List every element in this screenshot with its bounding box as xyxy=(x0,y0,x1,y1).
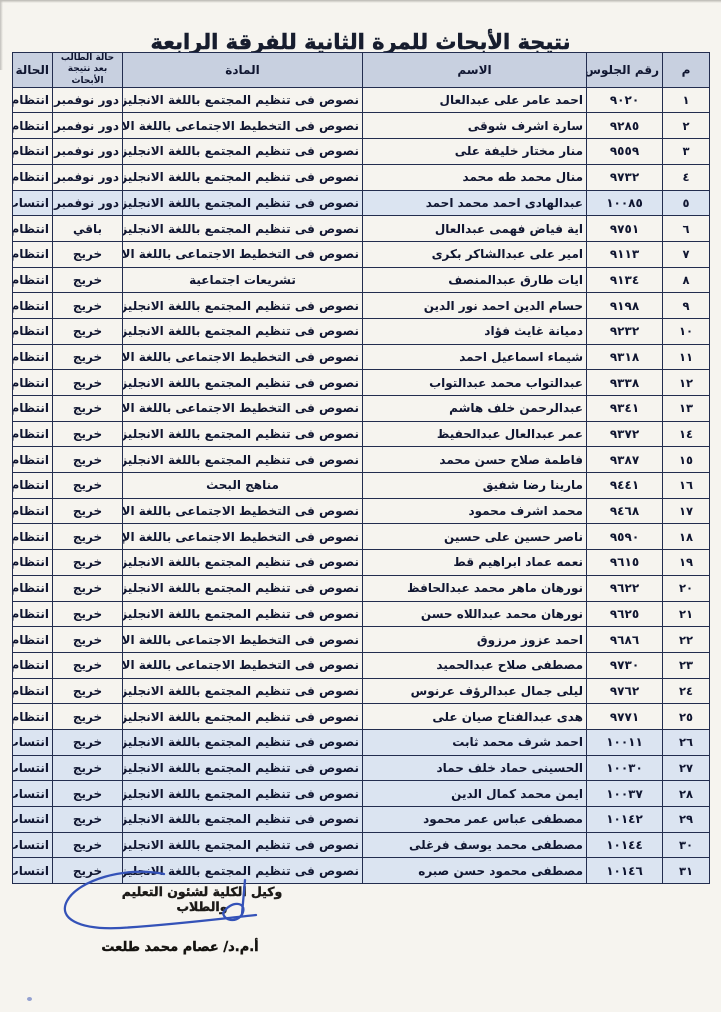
cell-index: ٢٢ xyxy=(663,627,710,653)
table-row: ٢٩٢٨٥سارة اشرف شوقىنصوص فى التخطيط الاجت… xyxy=(13,113,710,139)
cell-status: انتظام xyxy=(13,550,53,576)
cell-name: مصطفى عباس عمر محمود xyxy=(363,807,587,833)
cell-seat-number: ١٠١٤٦ xyxy=(587,858,663,884)
cell-status-after-research: خريج xyxy=(53,575,123,601)
cell-seat-number: ٩٢٣٢ xyxy=(587,318,663,344)
cell-status: انتظام xyxy=(13,293,53,319)
cell-status: انتساب xyxy=(13,781,53,807)
cell-status: انتظام xyxy=(13,216,53,242)
cell-seat-number: ٩٥٥٩ xyxy=(587,139,663,165)
cell-seat-number: ٩٥٩٠ xyxy=(587,524,663,550)
cell-index: ٢٥ xyxy=(663,704,710,730)
cell-subject: نصوص فى تنظيم المجتمع باللغة الانجليزية xyxy=(123,601,363,627)
cell-status-after-research: خريج xyxy=(53,550,123,576)
cell-status-after-research: خريج xyxy=(53,807,123,833)
cell-seat-number: ٩٧٣٠ xyxy=(587,652,663,678)
cell-name: عبدالرحمن خلف هاشم xyxy=(363,396,587,422)
table-row: ١٣٩٣٤١عبدالرحمن خلف هاشمنصوص فى التخطيط … xyxy=(13,396,710,422)
cell-status-after-research: خريج xyxy=(53,396,123,422)
cell-status: انتظام xyxy=(13,627,53,653)
cell-seat-number: ٩٤٤١ xyxy=(587,473,663,499)
cell-status: انتساب xyxy=(13,729,53,755)
table-row: ٩٩١٩٨حسام الدين احمد نور الديننصوص فى تن… xyxy=(13,293,710,319)
cell-index: ١٩ xyxy=(663,550,710,576)
cell-status: انتظام xyxy=(13,396,53,422)
table-row: ٢٨١٠٠٣٧ايمن محمد كمال الديننصوص فى تنظيم… xyxy=(13,781,710,807)
cell-status: انتظام xyxy=(13,575,53,601)
cell-seat-number: ٩٧٣٢ xyxy=(587,164,663,190)
cell-subject: نصوص فى تنظيم المجتمع باللغة الانجليزية xyxy=(123,139,363,165)
cell-status: انتظام xyxy=(13,524,53,550)
table-row: ١١٩٣١٨شيماء اسماعيل احمدنصوص فى التخطيط … xyxy=(13,344,710,370)
cell-name: الحسينى حماد خلف حماد xyxy=(363,755,587,781)
cell-subject: نصوص فى تنظيم المجتمع باللغة الانجليزية xyxy=(123,575,363,601)
cell-name: هدى عبدالفتاح صيان على xyxy=(363,704,587,730)
cell-status: انتظام xyxy=(13,139,53,165)
cell-status-after-research: خريج xyxy=(53,344,123,370)
results-table-body: ١٩٠٢٠احمد عامر على عبدالعالنصوص فى تنظيم… xyxy=(13,87,710,883)
cell-subject: نصوص فى تنظيم المجتمع باللغة الانجليزية xyxy=(123,370,363,396)
cell-status-after-research: خريج xyxy=(53,729,123,755)
cell-index: ٩ xyxy=(663,293,710,319)
cell-status-after-research: خريج xyxy=(53,781,123,807)
cell-status-after-research: باقي xyxy=(53,216,123,242)
cell-name: مصطفى محمد يوسف فرغلى xyxy=(363,832,587,858)
cell-seat-number: ١٠٠٣٠ xyxy=(587,755,663,781)
cell-status-after-research: خريج xyxy=(53,473,123,499)
table-row: ١٥٩٣٨٧فاطمة صلاح حسن محمدنصوص فى تنظيم ا… xyxy=(13,447,710,473)
cell-name: عبدالهادى احمد محمد احمد xyxy=(363,190,587,216)
cell-status-after-research: خريج xyxy=(53,318,123,344)
cell-index: ٧ xyxy=(663,241,710,267)
cell-subject: نصوص فى تنظيم المجتمع باللغة الانجليزية xyxy=(123,318,363,344)
cell-subject: نصوص فى تنظيم المجتمع باللغة الانجليزية xyxy=(123,704,363,730)
cell-status: انتظام xyxy=(13,87,53,113)
results-table-head: م رقم الجلوس الاسم المادة حالة الطالب بع… xyxy=(13,53,710,88)
cell-name: دميانة غايث فؤاد xyxy=(363,318,587,344)
cell-name: نورهان ماهر محمد عبدالحافظ xyxy=(363,575,587,601)
cell-status: انتظام xyxy=(13,267,53,293)
cell-subject: نصوص فى تنظيم المجتمع باللغة الانجليزية xyxy=(123,190,363,216)
table-row: ٣٠١٠١٤٤مصطفى محمد يوسف فرغلىنصوص فى تنظي… xyxy=(13,832,710,858)
cell-status-after-research: خريج xyxy=(53,421,123,447)
cell-status-after-research: خريج xyxy=(53,704,123,730)
cell-seat-number: ٩٤٦٨ xyxy=(587,498,663,524)
cell-status: انتساب xyxy=(13,858,53,884)
cell-subject: نصوص فى تنظيم المجتمع باللغة الانجليزية xyxy=(123,550,363,576)
table-row: ٢٥٩٧٧١هدى عبدالفتاح صيان علىنصوص فى تنظي… xyxy=(13,704,710,730)
cell-seat-number: ٩٦١٥ xyxy=(587,550,663,576)
cell-seat-number: ٩٣٣٨ xyxy=(587,370,663,396)
cell-subject: نصوص فى التخطيط الاجتماعى باللغة الانجلي… xyxy=(123,344,363,370)
cell-status-after-research: خريج xyxy=(53,832,123,858)
cell-subject: نصوص فى تنظيم المجتمع باللغة الانجليزية xyxy=(123,729,363,755)
cell-index: ١٣ xyxy=(663,396,710,422)
cell-status-after-research: دور نوفمبر xyxy=(53,113,123,139)
cell-subject: نصوص فى تنظيم المجتمع باللغة الانجليزية xyxy=(123,164,363,190)
cell-status-after-research: خريج xyxy=(53,678,123,704)
cell-seat-number: ١٠١٤٤ xyxy=(587,832,663,858)
table-row: ٥١٠٠٨٥عبدالهادى احمد محمد احمدنصوص فى تن… xyxy=(13,190,710,216)
cell-name: احمد عزوز مرزوق xyxy=(363,627,587,653)
cell-seat-number: ١٠٠١١ xyxy=(587,729,663,755)
cell-subject: نصوص فى تنظيم المجتمع باللغة الانجليزية xyxy=(123,87,363,113)
cell-seat-number: ١٠٠٣٧ xyxy=(587,781,663,807)
cell-subject: نصوص فى التخطيط الاجتماعى باللغة الانجلي… xyxy=(123,498,363,524)
cell-status: انتظام xyxy=(13,318,53,344)
cell-status: انتظام xyxy=(13,678,53,704)
cell-index: ٢٣ xyxy=(663,652,710,678)
cell-seat-number: ٩١٣٤ xyxy=(587,267,663,293)
cell-subject: نصوص فى تنظيم المجتمع باللغة الانجليزية xyxy=(123,447,363,473)
cell-status: انتظام xyxy=(13,447,53,473)
cell-name: محمد اشرف محمود xyxy=(363,498,587,524)
cell-seat-number: ٩٦٢٢ xyxy=(587,575,663,601)
cell-seat-number: ٩٧٧١ xyxy=(587,704,663,730)
cell-subject: نصوص فى تنظيم المجتمع باللغة الانجليزية xyxy=(123,293,363,319)
signature-stroke-icon xyxy=(52,868,282,948)
cell-name: سارة اشرف شوقى xyxy=(363,113,587,139)
cell-index: ٢١ xyxy=(663,601,710,627)
cell-status-after-research: خريج xyxy=(53,267,123,293)
cell-subject: نصوص فى تنظيم المجتمع باللغة الانجليزية xyxy=(123,832,363,858)
cell-index: ٢ xyxy=(663,113,710,139)
cell-index: ١٦ xyxy=(663,473,710,499)
cell-status: انتظام xyxy=(13,601,53,627)
cell-status-after-research: دور نوفمبر xyxy=(53,87,123,113)
cell-status-after-research: خريج xyxy=(53,370,123,396)
cell-index: ١١ xyxy=(663,344,710,370)
cell-status: انتظام xyxy=(13,704,53,730)
cell-name: ايات طارق عبدالمنصف xyxy=(363,267,587,293)
table-row: ٢٤٩٧٦٢ليلى جمال عبدالرؤف عرنوسنصوص فى تن… xyxy=(13,678,710,704)
cell-name: حسام الدين احمد نور الدين xyxy=(363,293,587,319)
scanned-document-page: { "title": "نتيجة الأبحاث للمرة الثانية … xyxy=(0,0,721,1012)
table-row: ٤٩٧٣٢منال محمد طه محمدنصوص فى تنظيم المج… xyxy=(13,164,710,190)
cell-name: منار مختار خليفة على xyxy=(363,139,587,165)
table-row: ٢٧١٠٠٣٠الحسينى حماد خلف حمادنصوص فى تنظي… xyxy=(13,755,710,781)
signature xyxy=(52,868,282,948)
cell-name: نورهان محمد عبداللاه حسن xyxy=(363,601,587,627)
cell-seat-number: ٩٠٢٠ xyxy=(587,87,663,113)
cell-subject: نصوص فى تنظيم المجتمع باللغة الانجليزية xyxy=(123,781,363,807)
cell-index: ٢٤ xyxy=(663,678,710,704)
cell-name: ناصر حسين على حسين xyxy=(363,524,587,550)
table-row: ٢٣٩٧٣٠مصطفى صلاح عبدالحميدنصوص فى التخطي… xyxy=(13,652,710,678)
table-row: ٢٦١٠٠١١احمد شرف محمد ثابتنصوص فى تنظيم ا… xyxy=(13,729,710,755)
table-row: ٢٠٩٦٢٢نورهان ماهر محمد عبدالحافظنصوص فى … xyxy=(13,575,710,601)
table-row: ١٩٩٦١٥نعمه عماد ابراهيم قطنصوص فى تنظيم … xyxy=(13,550,710,576)
header-row: م رقم الجلوس الاسم المادة حالة الطالب بع… xyxy=(13,53,710,88)
cell-index: ١٠ xyxy=(663,318,710,344)
cell-index: ٣١ xyxy=(663,858,710,884)
cell-seat-number: ٩٣٤١ xyxy=(587,396,663,422)
cell-subject: نصوص فى تنظيم المجتمع باللغة الانجليزية xyxy=(123,678,363,704)
cell-seat-number: ٩٧٥١ xyxy=(587,216,663,242)
cell-status: انتساب xyxy=(13,807,53,833)
cell-name: ايمن محمد كمال الدين xyxy=(363,781,587,807)
scan-edge-left xyxy=(0,0,3,70)
cell-index: ١٢ xyxy=(663,370,710,396)
cell-index: ٤ xyxy=(663,164,710,190)
cell-name: احمد عامر على عبدالعال xyxy=(363,87,587,113)
table-row: ٦٩٧٥١اية فياض فهمى عبدالعالنصوص فى تنظيم… xyxy=(13,216,710,242)
cell-subject: نصوص فى تنظيم المجتمع باللغة الانجليزية xyxy=(123,755,363,781)
header-name: الاسم xyxy=(363,53,587,88)
cell-seat-number: ١٠١٤٢ xyxy=(587,807,663,833)
results-table: م رقم الجلوس الاسم المادة حالة الطالب بع… xyxy=(12,52,710,884)
table-row: ٧٩١١٣امير على عبدالشاكر بكرىنصوص فى التخ… xyxy=(13,241,710,267)
header-status-after-research: حالة الطالب بعد نتيجة الأبحاث xyxy=(53,53,123,88)
scan-speck xyxy=(27,997,32,1001)
cell-subject: مناهج البحث xyxy=(123,473,363,499)
cell-name: امير على عبدالشاكر بكرى xyxy=(363,241,587,267)
cell-status-after-research: خريج xyxy=(53,601,123,627)
table-row: ٢١٩٦٢٥نورهان محمد عبداللاه حسننصوص فى تن… xyxy=(13,601,710,627)
cell-status: انتظام xyxy=(13,421,53,447)
table-row: ١٤٩٣٧٢عمر عبدالعال عبدالحفيظنصوص فى تنظي… xyxy=(13,421,710,447)
scan-edge-top xyxy=(0,0,721,3)
cell-subject: نصوص فى التخطيط الاجتماعى باللغة الانجلي… xyxy=(123,652,363,678)
cell-subject: نصوص فى تنظيم المجتمع باللغة الانجليزية xyxy=(123,421,363,447)
table-row: ١٦٩٤٤١مارينا رضا شفيقمناهج البحثخريجانتظ… xyxy=(13,473,710,499)
cell-status: انتظام xyxy=(13,498,53,524)
cell-seat-number: ٩١٩٨ xyxy=(587,293,663,319)
table-row: ١٨٩٥٩٠ناصر حسين على حسيننصوص فى التخطيط … xyxy=(13,524,710,550)
cell-status-after-research: خريج xyxy=(53,652,123,678)
cell-index: ٢٦ xyxy=(663,729,710,755)
cell-status-after-research: دور نوفمبر xyxy=(53,164,123,190)
cell-subject: نصوص فى تنظيم المجتمع باللغة الانجليزية xyxy=(123,807,363,833)
header-status: الحالة xyxy=(13,53,53,88)
cell-seat-number: ٩٦٨٦ xyxy=(587,627,663,653)
cell-subject: نصوص فى التخطيط الاجتماعى باللغة الانجلي… xyxy=(123,396,363,422)
footer-signer-name: أ.م.د/ عصام محمد طلعت xyxy=(100,940,260,955)
cell-seat-number: ٩٦٢٥ xyxy=(587,601,663,627)
cell-status: انتظام xyxy=(13,473,53,499)
table-row: ١٧٩٤٦٨محمد اشرف محمودنصوص فى التخطيط الا… xyxy=(13,498,710,524)
cell-subject: نصوص فى التخطيط الاجتماعى باللغة الانجلي… xyxy=(123,113,363,139)
cell-index: ١٨ xyxy=(663,524,710,550)
cell-name: فاطمة صلاح حسن محمد xyxy=(363,447,587,473)
cell-status-after-research: خريج xyxy=(53,293,123,319)
cell-seat-number: ٩١١٣ xyxy=(587,241,663,267)
cell-status-after-research: دور نوفمبر xyxy=(53,190,123,216)
cell-index: ١٤ xyxy=(663,421,710,447)
cell-seat-number: ٩٣٧٢ xyxy=(587,421,663,447)
table-row: ١٠٩٢٣٢دميانة غايث فؤادنصوص فى تنظيم المج… xyxy=(13,318,710,344)
cell-status-after-research: خريج xyxy=(53,447,123,473)
cell-subject: نصوص فى تنظيم المجتمع باللغة الانجليزية xyxy=(123,216,363,242)
header-seat-number: رقم الجلوس xyxy=(587,53,663,88)
cell-status: انتظام xyxy=(13,344,53,370)
cell-subject: نصوص فى التخطيط الاجتماعى باللغة الانجلي… xyxy=(123,627,363,653)
cell-subject: تشريعات اجتماعية xyxy=(123,267,363,293)
cell-name: اية فياض فهمى عبدالعال xyxy=(363,216,587,242)
cell-index: ٢٠ xyxy=(663,575,710,601)
cell-status: انتساب xyxy=(13,832,53,858)
header-subject: المادة xyxy=(123,53,363,88)
cell-name: شيماء اسماعيل احمد xyxy=(363,344,587,370)
cell-index: ٣٠ xyxy=(663,832,710,858)
cell-index: ٢٩ xyxy=(663,807,710,833)
cell-status-after-research: دور نوفمبر xyxy=(53,139,123,165)
table-row: ٨٩١٣٤ايات طارق عبدالمنصفتشريعات اجتماعية… xyxy=(13,267,710,293)
cell-index: ٥ xyxy=(663,190,710,216)
header-index: م xyxy=(663,53,710,88)
cell-status: انتظام xyxy=(13,652,53,678)
cell-name: منال محمد طه محمد xyxy=(363,164,587,190)
cell-index: ٦ xyxy=(663,216,710,242)
cell-name: مارينا رضا شفيق xyxy=(363,473,587,499)
cell-name: مصطفى محمود حسن صبره xyxy=(363,858,587,884)
cell-index: ٣ xyxy=(663,139,710,165)
cell-status: انتساب xyxy=(13,755,53,781)
table-row: ٢٩١٠١٤٢مصطفى عباس عمر محمودنصوص فى تنظيم… xyxy=(13,807,710,833)
cell-status-after-research: خريج xyxy=(53,524,123,550)
cell-seat-number: ٩٣٨٧ xyxy=(587,447,663,473)
cell-index: ٢٨ xyxy=(663,781,710,807)
cell-seat-number: ٩٢٨٥ xyxy=(587,113,663,139)
table-row: ٢٢٩٦٨٦احمد عزوز مرزوقنصوص فى التخطيط الا… xyxy=(13,627,710,653)
cell-index: ٢٧ xyxy=(663,755,710,781)
table-row: ١٩٠٢٠احمد عامر على عبدالعالنصوص فى تنظيم… xyxy=(13,87,710,113)
cell-subject: نصوص فى التخطيط الاجتماعى باللغة الإنجلي… xyxy=(123,524,363,550)
cell-status: انتظام xyxy=(13,113,53,139)
cell-status-after-research: خريج xyxy=(53,755,123,781)
cell-name: عبدالتواب محمد عبدالتواب xyxy=(363,370,587,396)
cell-status: انتظام xyxy=(13,164,53,190)
cell-name: عمر عبدالعال عبدالحفيظ xyxy=(363,421,587,447)
cell-status-after-research: خريج xyxy=(53,498,123,524)
cell-index: ١ xyxy=(663,87,710,113)
cell-status: انتظام xyxy=(13,241,53,267)
table-row: ٣٩٥٥٩منار مختار خليفة علىنصوص فى تنظيم ا… xyxy=(13,139,710,165)
cell-name: نعمه عماد ابراهيم قط xyxy=(363,550,587,576)
cell-name: ليلى جمال عبدالرؤف عرنوس xyxy=(363,678,587,704)
cell-status: انتساب xyxy=(13,190,53,216)
cell-index: ١٥ xyxy=(663,447,710,473)
cell-status: انتظام xyxy=(13,370,53,396)
cell-name: مصطفى صلاح عبدالحميد xyxy=(363,652,587,678)
cell-name: احمد شرف محمد ثابت xyxy=(363,729,587,755)
cell-status-after-research: خريج xyxy=(53,627,123,653)
cell-index: ١٧ xyxy=(663,498,710,524)
cell-seat-number: ٩٧٦٢ xyxy=(587,678,663,704)
cell-status-after-research: خريج xyxy=(53,241,123,267)
cell-seat-number: ١٠٠٨٥ xyxy=(587,190,663,216)
table-row: ١٢٩٣٣٨عبدالتواب محمد عبدالتوابنصوص فى تن… xyxy=(13,370,710,396)
cell-index: ٨ xyxy=(663,267,710,293)
cell-seat-number: ٩٣١٨ xyxy=(587,344,663,370)
cell-subject: نصوص فى التخطيط الاجتماعى باللغة الانجلي… xyxy=(123,241,363,267)
